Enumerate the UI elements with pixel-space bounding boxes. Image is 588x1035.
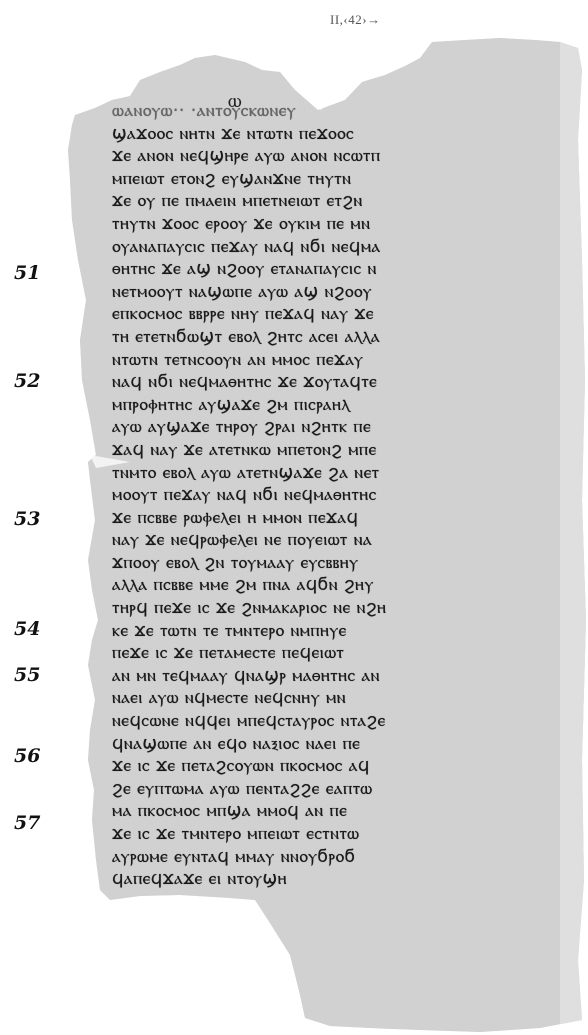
manuscript-line: ⲧⲏⲣϥ ⲡⲉϫⲉ ⲓⲥ ϫⲉ ϩⲛⲙⲁⲕⲁⲣⲓⲟⲥ ⲛⲉ ⲛϩⲏ (112, 597, 552, 620)
manuscript-line: ϥⲁⲡⲉϥϫⲁϫⲉ ⲉⲓ ⲛⲧⲟⲩϣⲏ (112, 868, 552, 891)
manuscript-line: ⲛⲁⲩ ϫⲉ ⲛⲉϥⲣⲱⲫⲉⲗⲉⲓ ⲛⲉ ⲡⲟⲩⲉⲓⲱⲧ ⲛⲁ (112, 529, 552, 552)
logion-number: 52 (14, 370, 40, 392)
manuscript-line: ϫⲉ ⲡⲥⲃⲃⲉ ⲣⲱⲫⲉⲗⲉⲓ ⲏ ⲙⲙⲟⲛ ⲡⲉϫⲁϥ (112, 507, 552, 530)
logion-number: 54 (14, 618, 40, 640)
manuscript-line: ⲙⲡⲣⲟⲫⲏⲧⲏⲥ ⲁⲩϣⲁϫⲉ ϩⲙ ⲡⲓⲥⲣⲁⲏⲗ (112, 394, 552, 417)
logion-number: 53 (14, 508, 40, 530)
manuscript-line: ⲕⲉ ϫⲉ ⲧⲱⲧⲛ ⲧⲉ ⲧⲙⲛⲧⲉⲣⲟ ⲛⲙⲡⲏⲩⲉ (112, 620, 552, 643)
manuscript-line: ϫⲉ ⲓⲥ ϫⲉ ⲡⲉⲧⲁϩⲥⲟⲩⲱⲛ ⲡⲕⲟⲥⲙⲟⲥ ⲁϥ (112, 755, 552, 778)
logion-number: 55 (14, 664, 40, 686)
manuscript-line: ⲛⲁⲉⲓ ⲁⲩⲱ ⲛϥⲙⲉⲥⲧⲉ ⲛⲉϥⲥⲛⲏⲩ ⲙⲛ (112, 687, 552, 710)
manuscript-line: ϫⲉ ⲟⲩ ⲡⲉ ⲡⲙⲁⲉⲓⲛ ⲙⲡⲉⲧⲛⲉⲓⲱⲧ ⲉⲧϩⲛ (112, 190, 552, 213)
manuscript-line: ⲧⲛⲙⲧⲟ ⲉⲃⲟⲗ ⲁⲩⲱ ⲁⲧⲉⲧⲛϣⲁϫⲉ ϩⲁ ⲛⲉⲧ (112, 462, 552, 485)
manuscript-line: ⲱⲁⲛⲟⲩⲱ·· ·ⲁⲛⲧⲟⲩⲥⲕⲱⲛⲉⲩ (112, 100, 552, 123)
manuscript-line: ϫⲉ ⲁⲛⲟⲛ ⲛⲉϥϣⲏⲣⲉ ⲁⲩⲱ ⲁⲛⲟⲛ ⲛⲥⲱⲧⲡ (112, 145, 552, 168)
manuscript-line: ⲙⲁ ⲡⲕⲟⲥⲙⲟⲥ ⲙⲡϣⲁ ⲙⲙⲟϥ ⲁⲛ ⲡⲉ (112, 800, 552, 823)
manuscript-line: ⲁⲛ ⲙⲛ ⲧⲉϥⲙⲁⲁⲩ ϥⲛⲁϣⲣ ⲙⲁⲑⲏⲧⲏⲥ ⲁⲛ (112, 665, 552, 688)
coptic-text-block: ⲱⲁⲛⲟⲩⲱ·· ·ⲁⲛⲧⲟⲩⲥⲕⲱⲛⲉⲩϣⲁϫⲟⲟⲥ ⲛⲏⲧⲛ ϫⲉ ⲛⲧⲱⲧ… (112, 100, 552, 891)
manuscript-line: ⲛⲁϥ ⲛϭⲓ ⲛⲉϥⲙⲁⲑⲏⲧⲏⲥ ϫⲉ ϫⲟⲩⲧⲁϥⲧⲉ (112, 371, 552, 394)
logion-number: 57 (14, 812, 40, 834)
manuscript-line: ϫⲉ ⲓⲥ ϫⲉ ⲧⲙⲛⲧⲉⲣⲟ ⲙⲡⲉⲓⲱⲧ ⲉⲥⲧⲛⲧⲱ (112, 823, 552, 846)
manuscript-line: ⲛⲉϥⲥⲱⲛⲉ ⲛϥϥⲉⲓ ⲙⲡⲉϥⲥⲧⲁⲩⲣⲟⲥ ⲛⲧⲁϩⲉ (112, 710, 552, 733)
manuscript-line: ⲛⲧⲱⲧⲛ ⲧⲉⲧⲛⲥⲟⲟⲩⲛ ⲁⲛ ⲙⲙⲟⲥ ⲡⲉϫⲁⲩ (112, 349, 552, 372)
manuscript-line: ⲁⲩⲣⲱⲙⲉ ⲉⲩⲛⲧⲁϥ ⲙⲙⲁⲩ ⲛⲛⲟⲩϭⲣⲟϭ (112, 846, 552, 869)
manuscript-line: ⲧⲏ ⲉⲧⲉⲧⲛϭⲱϣⲧ ⲉⲃⲟⲗ ϩⲏⲧⲥ ⲁⲥⲉⲓ ⲁⲗⲗⲁ (112, 326, 552, 349)
manuscript-line: ⲁⲩⲱ ⲁⲩϣⲁϫⲉ ⲧⲏⲣⲟⲩ ϩⲣⲁⲓ ⲛϩⲏⲧⲕ ⲡⲉ (112, 416, 552, 439)
logion-number: 56 (14, 745, 40, 767)
manuscript-line: ⲉⲡⲕⲟⲥⲙⲟⲥ ⲃⲃⲣⲣⲉ ⲛⲏⲩ ⲡⲉϫⲁϥ ⲛⲁⲩ ϫⲉ (112, 303, 552, 326)
manuscript-line: ϫⲡⲟⲟⲩ ⲉⲃⲟⲗ ϩⲛ ⲧⲟⲩⲙⲁⲁⲩ ⲉⲩⲥⲃⲃⲏⲩ (112, 552, 552, 575)
manuscript-line: ⲙⲡⲉⲓⲱⲧ ⲉⲧⲟⲛϩ ⲉⲩϣⲁⲛϫⲛⲉ ⲧⲏⲩⲧⲛ (112, 168, 552, 191)
manuscript-line: ⲟⲩⲁⲛⲁⲡⲁⲩⲥⲓⲥ ⲡⲉϫⲁⲩ ⲛⲁϥ ⲛϭⲓ ⲛⲉϥⲙⲁ (112, 236, 552, 259)
manuscript-line: ϥⲛⲁϣⲱⲡⲉ ⲁⲛ ⲉϥⲟ ⲛⲁⲝⲓⲟⲥ ⲛⲁⲉⲓ ⲡⲉ (112, 733, 552, 756)
manuscript-line: ⲛⲉⲧⲙⲟⲟⲩⲧ ⲛⲁϣⲱⲡⲉ ⲁⲩⲱ ⲁϣ ⲛϩⲟⲟⲩ (112, 281, 552, 304)
manuscript-line: ϩⲉ ⲉⲩⲡⲧⲱⲙⲁ ⲁⲩⲱ ⲡⲉⲛⲧⲁϩϩⲉ ⲉⲁⲡⲧⲱ (112, 778, 552, 801)
manuscript-line: ϫⲁϥ ⲛⲁⲩ ϫⲉ ⲁⲧⲉⲧⲛⲕⲱ ⲙⲡⲉⲧⲟⲛϩ ⲙⲡⲉ (112, 439, 552, 462)
manuscript-line: ⲡⲉϫⲉ ⲓⲥ ϫⲉ ⲡⲉⲧⲁⲙⲉⲥⲧⲉ ⲡⲉϥⲉⲓⲱⲧ (112, 642, 552, 665)
manuscript-line: ⲙⲟⲟⲩⲧ ⲡⲉϫⲁⲩ ⲛⲁϥ ⲛϭⲓ ⲛⲉϥⲙⲁⲑⲏⲧⲏⲥ (112, 484, 552, 507)
manuscript-line: ⲁⲗⲗⲁ ⲡⲥⲃⲃⲉ ⲙⲙⲉ ϩⲙ ⲡⲛⲁ ⲁϥϭⲛ ϩⲏⲩ (112, 574, 552, 597)
manuscript-line: ϣⲁϫⲟⲟⲥ ⲛⲏⲧⲛ ϫⲉ ⲛⲧⲱⲧⲛ ⲡⲉϫⲟⲟⲥ (112, 123, 552, 146)
manuscript-line: ⲧⲏⲩⲧⲛ ϫⲟⲟⲥ ⲉⲣⲟⲟⲩ ϫⲉ ⲟⲩⲕⲓⲙ ⲡⲉ ⲙⲛ (112, 213, 552, 236)
logion-number: 51 (14, 262, 40, 284)
manuscript-line: ⲑⲏⲧⲏⲥ ϫⲉ ⲁϣ ⲛϩⲟⲟⲩ ⲉⲧⲁⲛⲁⲡⲁⲩⲥⲓⲥ ⲛ (112, 258, 552, 281)
